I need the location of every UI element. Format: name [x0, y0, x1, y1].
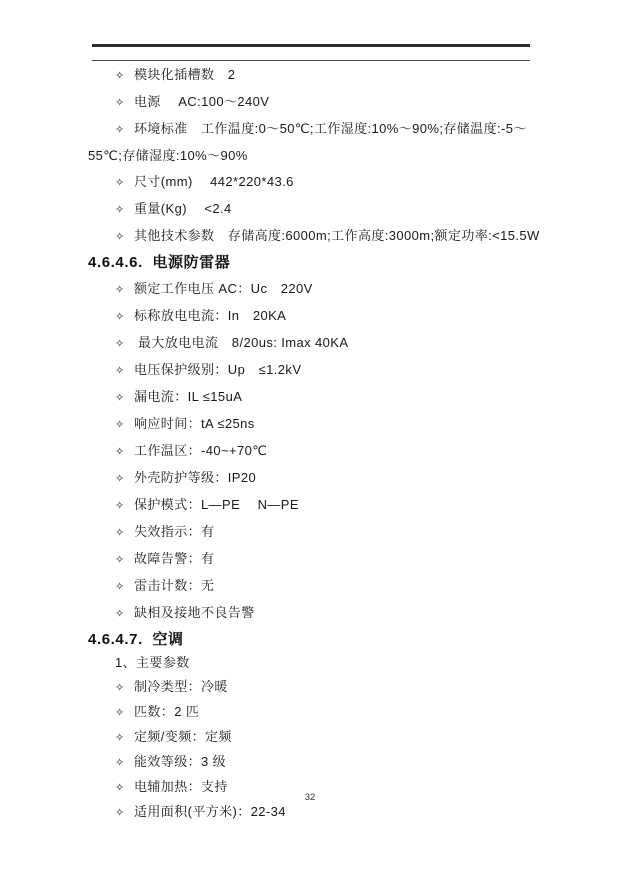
page-number: 32 — [0, 792, 620, 803]
spec-item-text: 外壳防护等级：IP20 — [134, 465, 256, 491]
spec-item: ✧ 重量(Kg) <2.4 — [88, 196, 532, 223]
diamond-bullet-icon: ✧ — [115, 547, 134, 573]
spec-item: ✧ 电压保护级别：Up ≤1.2kV — [88, 357, 532, 384]
diamond-bullet-icon: ✧ — [115, 63, 134, 89]
diamond-bullet-icon: ✧ — [115, 520, 134, 546]
spec-item: ✧ 能效等级：3 级 — [88, 750, 532, 775]
diamond-bullet-icon: ✧ — [115, 277, 134, 303]
spec-item: ✧ 其他技术参数 存储高度:6000m;工作高度:3000m;额定功率:<15.… — [88, 223, 532, 250]
diamond-bullet-icon: ✧ — [115, 493, 134, 519]
diamond-bullet-icon: ✧ — [115, 439, 134, 465]
spec-item-text: 55℃;存储湿度:10%～90% — [88, 143, 248, 169]
spec-item: ✧ 电源 AC:100～240V — [88, 89, 532, 116]
diamond-bullet-icon: ✧ — [115, 601, 134, 627]
header-rule-thin — [92, 60, 530, 61]
spec-item: ✧ 保护模式：L—PE N—PE — [88, 492, 532, 519]
diamond-bullet-icon: ✧ — [115, 331, 134, 357]
header-rule-thick — [92, 44, 530, 47]
list-intro: 1、主要参数 — [88, 651, 532, 675]
spec-item-continuation: 55℃;存储湿度:10%～90% — [88, 143, 532, 169]
spec-item-text: 其他技术参数 存储高度:6000m;工作高度:3000m;额定功率:<15.5W — [134, 223, 540, 249]
spec-item-text: 工作温区：-40~+70℃ — [134, 438, 267, 464]
spec-item: ✧ 漏电流：IL ≤15uA — [88, 384, 532, 411]
diamond-bullet-icon: ✧ — [115, 726, 134, 750]
diamond-bullet-icon: ✧ — [115, 358, 134, 384]
spec-item: ✧ 外壳防护等级：IP20 — [88, 465, 532, 492]
spec-item-text: 尺寸(mm) 442*220*43.6 — [134, 169, 294, 195]
spec-item-text: 模块化插槽数 2 — [134, 62, 235, 88]
diamond-bullet-icon: ✧ — [115, 385, 134, 411]
diamond-bullet-icon: ✧ — [115, 466, 134, 492]
spec-item-text: 适用面积(平方米)：22-34 — [134, 800, 286, 824]
diamond-bullet-icon: ✧ — [115, 676, 134, 700]
document-page: ✧ 模块化插槽数 2 ✧ 电源 AC:100～240V ✧ 环境标准 工作温度:… — [0, 0, 620, 877]
spec-item: ✧ 定频/变频：定频 — [88, 725, 532, 750]
spec-item-text: 失效指示：有 — [134, 519, 214, 545]
diamond-bullet-icon: ✧ — [115, 751, 134, 775]
spec-item-text: 能效等级：3 级 — [134, 750, 226, 774]
spec-item: ✧ 环境标准 工作温度:0～50℃;工作湿度:10%～90%;存储温度:-5～ — [88, 116, 532, 143]
spec-item: ✧ 尺寸(mm) 442*220*43.6 — [88, 169, 532, 196]
spec-item: ✧ 匹数：2 匹 — [88, 700, 532, 725]
spec-item-text: 最大放电电流 8/20us: Imax 40KA — [134, 330, 348, 356]
spec-item-text: 缺相及接地不良告警 — [134, 600, 255, 626]
spec-item-text: 雷击计数：无 — [134, 573, 214, 599]
spec-item: ✧ 响应时间：tA ≤25ns — [88, 411, 532, 438]
diamond-bullet-icon: ✧ — [115, 574, 134, 600]
spec-item: ✧ 失效指示：有 — [88, 519, 532, 546]
diamond-bullet-icon: ✧ — [115, 304, 134, 330]
diamond-bullet-icon: ✧ — [115, 412, 134, 438]
spec-item-text: 电源 AC:100～240V — [134, 89, 269, 115]
spec-item-text: 标称放电电流：In 20KA — [134, 303, 286, 329]
spec-item-text: 保护模式：L—PE N—PE — [134, 492, 299, 518]
spec-item-text: 匹数：2 匹 — [134, 700, 199, 724]
spec-item: ✧ 模块化插槽数 2 — [88, 62, 532, 89]
spec-item: ✧ 工作温区：-40~+70℃ — [88, 438, 532, 465]
diamond-bullet-icon: ✧ — [115, 801, 134, 825]
spec-item-text: 环境标准 工作温度:0～50℃;工作湿度:10%～90%;存储温度:-5～ — [134, 116, 527, 142]
spec-item-text: 制冷类型：冷暖 — [134, 675, 228, 699]
spec-item-text: 故障告警：有 — [134, 546, 214, 572]
section-heading-surge-protector: 4.6.4.6. 电源防雷器 — [88, 250, 532, 276]
section-heading-air-conditioner: 4.6.4.7. 空调 — [88, 629, 532, 651]
spec-item: ✧ 缺相及接地不良告警 — [88, 600, 532, 627]
spec-item: ✧ 最大放电电流 8/20us: Imax 40KA — [88, 330, 532, 357]
spec-item: ✧ 雷击计数：无 — [88, 573, 532, 600]
page-content: ✧ 模块化插槽数 2 ✧ 电源 AC:100～240V ✧ 环境标准 工作温度:… — [88, 62, 532, 825]
diamond-bullet-icon: ✧ — [115, 224, 134, 250]
spec-item-text: 额定工作电压 AC：Uc 220V — [134, 276, 313, 302]
diamond-bullet-icon: ✧ — [115, 197, 134, 223]
diamond-bullet-icon: ✧ — [115, 701, 134, 725]
spec-item-text: 重量(Kg) <2.4 — [134, 196, 232, 222]
spec-item: ✧ 故障告警：有 — [88, 546, 532, 573]
spec-item: ✧ 标称放电电流：In 20KA — [88, 303, 532, 330]
spec-item: ✧ 适用面积(平方米)：22-34 — [88, 800, 532, 825]
spec-item: ✧ 额定工作电压 AC：Uc 220V — [88, 276, 532, 303]
spec-item: ✧ 制冷类型：冷暖 — [88, 675, 532, 700]
spec-item-text: 漏电流：IL ≤15uA — [134, 384, 242, 410]
diamond-bullet-icon: ✧ — [115, 170, 134, 196]
spec-item-text: 电压保护级别：Up ≤1.2kV — [134, 357, 301, 383]
diamond-bullet-icon: ✧ — [115, 90, 134, 116]
spec-item-text: 响应时间：tA ≤25ns — [134, 411, 255, 437]
spec-item-text: 定频/变频：定频 — [134, 725, 232, 749]
diamond-bullet-icon: ✧ — [115, 117, 134, 143]
